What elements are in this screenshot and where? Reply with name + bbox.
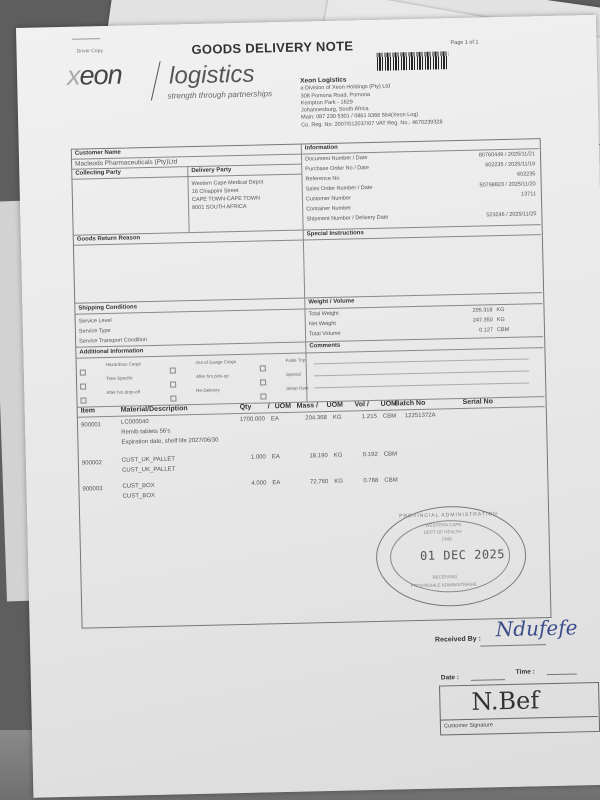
item-volume: 0.768: [352, 478, 378, 485]
customer-signature-handwriting: N.Bef: [471, 686, 539, 716]
item-description: CUST_BOX: [123, 493, 155, 500]
time-label: Time :: [516, 668, 535, 675]
weight-label: Net Weight: [309, 321, 336, 328]
checkbox-label: Hazardous Cargo: [106, 361, 141, 367]
item-number: 900001: [81, 422, 101, 428]
logo-divider: [151, 61, 161, 100]
delivery-party-header: Delivery Party: [191, 167, 231, 174]
item-mass: 72.760: [290, 479, 328, 486]
information-header: Information: [305, 145, 338, 152]
item-qty: 1.000: [222, 454, 266, 461]
collecting-party-header: Collecting Party: [75, 170, 121, 177]
stamp-bottom-1: RECEIVING: [433, 574, 458, 580]
item-volume: 0.192: [352, 452, 378, 459]
received-by-line: [480, 644, 546, 646]
item-mass-uom: KG: [334, 479, 343, 485]
document-title: GOODS DELIVERY NOTE: [191, 38, 353, 57]
shipping-conditions-rows: Service Level Service Type Service Trans…: [79, 315, 148, 347]
column-header: Mass /: [297, 402, 319, 409]
received-by-handwriting: Ndufefe: [495, 615, 577, 641]
weight-label: Total Volume: [309, 331, 341, 338]
driver-copy-line: [72, 38, 100, 40]
column-header: /: [268, 403, 270, 410]
stamp-line-2: WESTERN CAPE: [425, 522, 461, 528]
item-batch: 12251372A: [405, 413, 436, 420]
checkbox-label: After hrs drop-off: [106, 389, 140, 395]
item-number: 900003: [82, 486, 102, 492]
barcode-icon: [377, 51, 449, 71]
column-header: Qty: [240, 404, 252, 411]
information-label: Container Number: [306, 205, 351, 212]
received-by-label: Received By :: [435, 636, 481, 644]
column-header: Vol /: [355, 401, 369, 408]
weight-unit: CBM: [497, 327, 509, 333]
information-label: Customer Number: [306, 195, 351, 202]
item-material: CUST_UK_PALLET: [122, 457, 175, 464]
column-header: UOM: [327, 402, 343, 409]
item-description: Remib tablets 56's: [121, 429, 170, 436]
stamp-date: 01 DEC 2025: [420, 547, 505, 563]
item-qty: 4.000: [222, 480, 266, 487]
column-header: Item: [81, 407, 96, 414]
checkbox-label: Out of Guage Cargo: [196, 359, 237, 365]
checkbox-label: Futile Trip: [286, 358, 306, 363]
item-description: CUST_UK_PALLET: [122, 467, 175, 474]
item-mass-uom: KG: [334, 453, 343, 459]
company-name: Xeon Logistics: [300, 77, 346, 85]
column-header: Serial No: [463, 398, 494, 406]
stamp-line-3: DEPT OF HEALTH: [423, 529, 461, 535]
item-material: CUST_BOX: [122, 483, 154, 490]
date-label: Date :: [441, 674, 459, 681]
weight-unit: KG: [496, 307, 504, 313]
checkbox-label: Re-Delivery: [196, 387, 220, 393]
weight-label: Total Weight: [309, 311, 339, 318]
weight-unit: KG: [497, 317, 505, 323]
item-mass-uom: KG: [333, 415, 342, 421]
logo-tagline: strength through partnerships: [167, 89, 272, 100]
checkbox-label: Sleep Over: [286, 385, 309, 391]
checkbox-label: Time Specific: [106, 375, 133, 381]
information-label: Reference No: [305, 176, 339, 183]
stamp-line-4: CMD: [442, 536, 452, 541]
checkbox-label: After hrs pick-up: [196, 373, 229, 379]
checkbox-label: Special: [286, 372, 301, 377]
column-header: Batch No: [395, 400, 426, 408]
company-address: Xeon Logistics a Division of Xeon Holdin…: [300, 74, 442, 129]
company-logo: xeon: [67, 60, 122, 92]
customer-signature-label: Customer Signature: [444, 722, 493, 729]
item-uom: EA: [271, 416, 279, 422]
item-uom: EA: [272, 454, 280, 460]
customer-name-header: Customer Name: [75, 150, 121, 157]
page-number: Page 1 of 1: [450, 40, 478, 47]
time-field[interactable]: [547, 673, 577, 675]
delivery-party-address: Western Cape Medical Depot 16 Chiappini …: [191, 178, 263, 212]
driver-copy-label: Driver Copy: [76, 48, 103, 55]
goods-delivery-note: Driver Copy GOODS DELIVERY NOTE Page 1 o…: [16, 15, 600, 798]
logo-logistics-text: logistics: [169, 61, 255, 91]
date-field[interactable]: [471, 679, 505, 681]
item-number: 900002: [82, 460, 102, 466]
column-header: UOM: [275, 403, 291, 410]
item-volume: 1.215: [351, 414, 377, 421]
item-volume-uom: CBM: [384, 477, 397, 483]
item-volume-uom: CBM: [383, 413, 396, 419]
item-uom: EA: [272, 480, 280, 486]
item-qty: 1700.000: [221, 416, 265, 423]
item-mass: 204.368: [289, 415, 327, 422]
comments-header: Comments: [309, 343, 340, 350]
item-material: LC000040: [121, 419, 149, 426]
weight-volume-header: Weight / Volume: [308, 298, 354, 305]
item-mass: 18.190: [290, 453, 328, 460]
item-volume-uom: CBM: [384, 451, 397, 457]
